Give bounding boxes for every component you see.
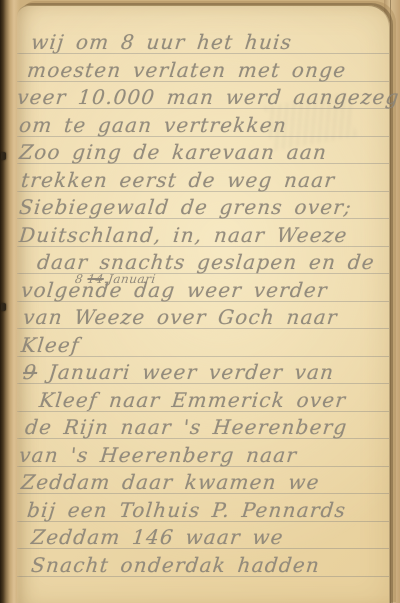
handwriting-line: van 's Heerenberg naar — [18, 443, 299, 467]
handwriting-line: de Rijn naar 's Heerenberg — [24, 415, 349, 439]
handwriting-text: wij om 8 uur het huis — [30, 30, 293, 54]
handwriting-text: Zeddam daar kwamen we — [20, 470, 321, 494]
struck-number: 9 — [22, 360, 38, 384]
handwriting-line: volgende dag weer verder — [20, 278, 329, 302]
handwriting-line: Kleef naar Emmerick over — [38, 388, 347, 412]
date-annotation-pre: 8 — [74, 272, 84, 286]
handwriting-text: daar snachts geslapen en de — [36, 250, 376, 274]
handwriting-text: volgende dag weer verder — [20, 278, 329, 302]
handwriting-line: Snacht onderdak hadden — [30, 553, 321, 577]
date-annotation-month: Januari — [107, 272, 157, 286]
handwriting-text: Duitschland, in, naar Weeze — [18, 223, 349, 247]
notebook-page: wij om 8 uur het huismoesten verlaten me… — [17, 5, 390, 603]
handwriting-line: Zeddam 146 waar we — [30, 525, 285, 549]
handwriting-line: Siebiegewald de grens over; — [18, 195, 353, 219]
binding-edge — [0, 0, 20, 603]
handwriting-line: trekken eerst de weg naar — [20, 168, 337, 192]
handwriting-line: Duitschland, in, naar Weeze — [18, 223, 349, 247]
handwriting-text: Siebiegewald de grens over; — [18, 195, 353, 219]
handwriting-text: om te gaan vertrekken — [18, 113, 288, 137]
scanned-diary-photo: wij om 8 uur het huismoesten verlaten me… — [0, 0, 400, 603]
handwriting-line: Kleef — [20, 333, 81, 357]
handwriting-text: Kleef — [20, 333, 81, 357]
handwriting-line: om te gaan vertrekken — [18, 113, 288, 137]
handwriting-line: Zeddam daar kwamen we — [20, 470, 321, 494]
handwriting-line: 9 Januari weer verder van — [22, 360, 336, 384]
handwriting-text: van Weeze over Goch naar — [22, 305, 339, 329]
handwriting-text: moesten verlaten met onge — [26, 58, 348, 82]
staple-dot — [1, 152, 6, 160]
handwriting-text: Snacht onderdak hadden — [30, 553, 321, 577]
struck-date-number: 14 — [86, 272, 104, 286]
handwriting-line: wij om 8 uur het huis — [30, 30, 293, 54]
handwriting-line: daar snachts geslapen en de — [36, 250, 376, 274]
staple-dot — [1, 303, 6, 311]
handwriting-text: van 's Heerenberg naar — [18, 443, 299, 467]
handwriting-text: Zeddam 146 waar we — [30, 525, 285, 549]
handwriting-text: de Rijn naar 's Heerenberg — [24, 415, 349, 439]
handwriting-text: Kleef naar Emmerick over — [38, 388, 347, 412]
handwriting-line: bij een Tolhuis P. Pennards — [26, 498, 347, 522]
handwriting-text: Januari weer verder van — [48, 360, 336, 384]
handwriting-text: trekken eerst de weg naar — [20, 168, 337, 192]
handwriting-text: bij een Tolhuis P. Pennards — [26, 498, 347, 522]
superscript-date-annotation: 8 14 Januari — [74, 272, 157, 286]
handwriting-line: van Weeze over Goch naar — [22, 305, 339, 329]
handwriting-line: moesten verlaten met onge — [26, 58, 348, 82]
